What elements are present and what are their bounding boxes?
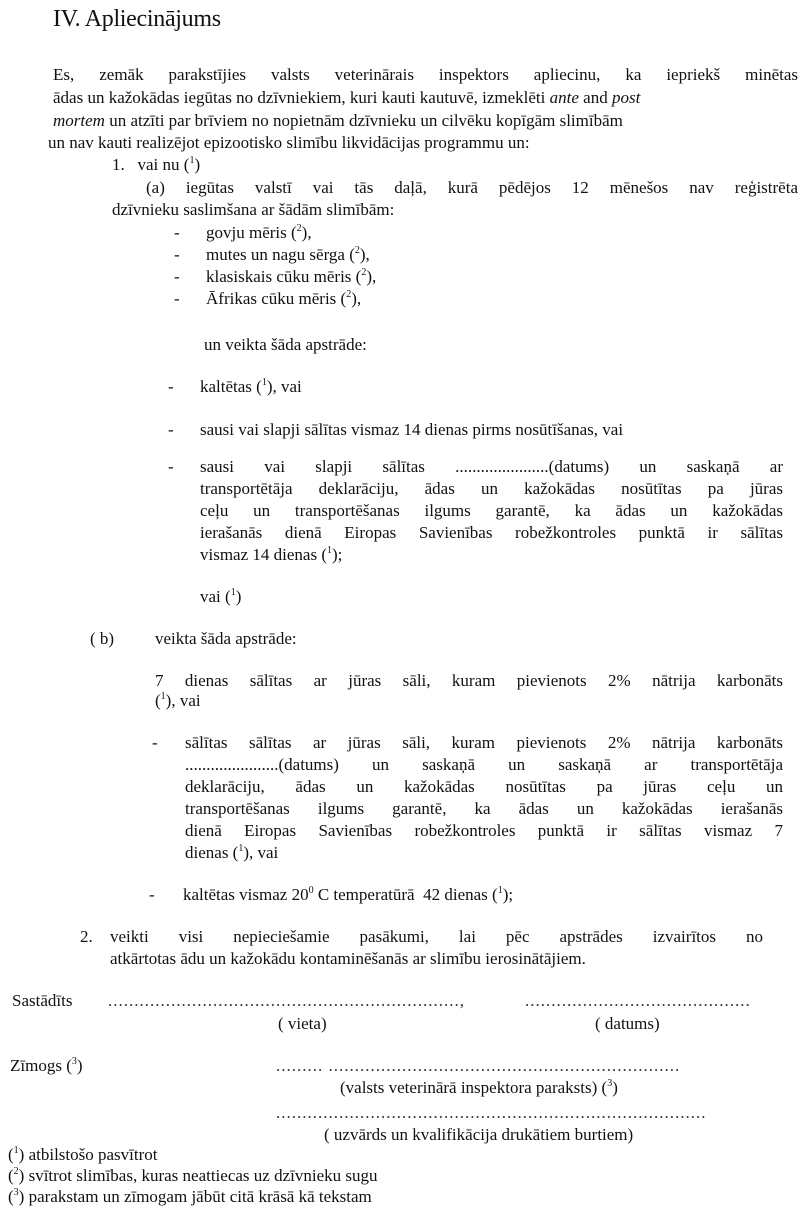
intro-line-1: Es, zemāk parakstījies valsts veterināra… [53, 64, 798, 85]
treatment-line: vismaz 14 dienas (1); [200, 544, 342, 565]
date-caption: ( datums) [595, 1013, 660, 1034]
footnote-text: ) parakstam un zīmogam jābūt citā krāsā … [19, 1187, 372, 1206]
signature-caption: (valsts veterinārā inspektora paraksts) … [340, 1077, 618, 1098]
treatment-line: deklarāciju, ādas un kažokādas nosūtītas… [185, 776, 783, 797]
footnote-text: ) svītrot slimības, kuras neattiecas uz … [19, 1166, 378, 1185]
treatment-line: sausi vai slapji sālītas ...............… [200, 456, 783, 477]
treatment-line: 7 dienas sālītas ar jūras sāli, kuram pi… [155, 670, 783, 691]
disease-tail: ), [360, 245, 370, 264]
intro-text: ādas un kažokādas iegūtas no dzīvniekiem… [53, 88, 550, 107]
signature-field[interactable]: ......... ..............................… [276, 1055, 680, 1076]
treatment-text: dienas ( [185, 843, 238, 862]
or-text: ) [236, 587, 242, 606]
item-1b-text: veikta šāda apstrāde: [155, 628, 297, 649]
item-2-line-2: atkārtotas ādu un kažokādu kontaminēšanā… [110, 948, 586, 969]
treatment-line: transportēšanas ilgums garantē, ka ādas … [185, 798, 783, 819]
list-item: -govju mēris (2), [174, 222, 312, 243]
treatment-a-2: -sausi vai slapji sālītas vismaz 14 dien… [168, 419, 623, 440]
disease-tail: ), [351, 289, 361, 308]
treatment-text: kaltētas vismaz 20 [183, 885, 309, 904]
footnote-3: (3) parakstam un zīmogam jābūt citā krās… [8, 1186, 372, 1207]
disease-name: mutes un nagu sērga ( [206, 245, 355, 264]
treatment-intro: un veikta šāda apstrāde: [204, 334, 367, 355]
treatment-text: kaltētas ( [200, 377, 262, 396]
or-separator: vai (1) [200, 586, 241, 607]
drawn-up-label: Sastādīts [12, 990, 72, 1011]
treatment-a-1: -kaltētas (1), vai [168, 376, 302, 397]
footnote-2: (2) svītrot slimības, kuras neattiecas u… [8, 1165, 377, 1186]
italic-post: post [612, 88, 640, 107]
item-text: ) [194, 155, 200, 174]
treatment-text: ), vai [243, 843, 278, 862]
treatment-line: sālītas sālītas ar jūras sāli, kuram pie… [185, 732, 783, 753]
stamp-text: ) [77, 1056, 83, 1075]
intro-text: un atzīti par brīviem no nopietnām dzīvn… [105, 111, 623, 130]
item-2-line-1: veikti visi nepieciešamie pasākumi, lai … [110, 926, 763, 947]
disease-name: Āfrikas cūku mēris ( [206, 289, 346, 308]
treatment-line: ceļu un transportēšanas ilgums garantē, … [200, 500, 783, 521]
intro-line-3: mortem un atzīti par brīviem no nopietnā… [53, 110, 798, 131]
treatment-text: ); [503, 885, 513, 904]
disease-name: klasiskais cūku mēris ( [206, 267, 361, 286]
item-text: vai nu ( [138, 155, 190, 174]
stamp-text: Zīmogs ( [10, 1056, 72, 1075]
name-field[interactable]: ........................................… [276, 1102, 707, 1123]
place-field[interactable]: ........................................… [108, 990, 465, 1011]
or-text: vai ( [200, 587, 231, 606]
footnote-text: ) atbilstošo pasvītrot [19, 1145, 158, 1164]
treatment-line: (1), vai [155, 690, 201, 711]
date-field[interactable]: ........................................… [525, 990, 751, 1011]
treatment-line: dienas (1), vai [185, 842, 278, 863]
dash: - [152, 732, 158, 753]
disease-tail: ), [302, 223, 312, 242]
caption-text: ) [612, 1078, 618, 1097]
treatment-text: ), vai [166, 691, 201, 710]
footnote-1: (1) atbilstošo pasvītrot [8, 1144, 158, 1165]
disease-tail: ), [366, 267, 376, 286]
item-1-heading: 1. vai nu (1) [112, 154, 200, 175]
intro-and: and [579, 88, 612, 107]
disease-name: govju mēris ( [206, 223, 297, 242]
stamp-label: Zīmogs (3) [10, 1055, 83, 1076]
dash: - [168, 456, 174, 477]
item-1b-label: ( b) [90, 628, 114, 649]
treatment-text: sausi vai slapji sālītas vismaz 14 diena… [200, 420, 623, 439]
section-title: IV. Apliecinājums [53, 6, 221, 33]
treatment-text: ), vai [267, 377, 302, 396]
list-item: -klasiskais cūku mēris (2), [174, 266, 376, 287]
place-caption: ( vieta) [278, 1013, 327, 1034]
intro-line-4: un nav kauti realizējot epizootisko slim… [48, 132, 530, 153]
intro-line-2: ādas un kažokādas iegūtas no dzīvniekiem… [53, 87, 798, 108]
treatment-text: 7 dienas sālītas ar jūras sāli, kuram pi… [155, 671, 783, 690]
name-caption: ( uzvārds un kvalifikācija drukātiem bur… [324, 1124, 633, 1145]
treatment-line: transportētāja deklarāciju, ādas un kažo… [200, 478, 783, 499]
italic-mortem: mortem [53, 111, 105, 130]
italic-ante: ante [550, 88, 579, 107]
treatment-text: ); [332, 545, 342, 564]
list-item: -mutes un nagu sērga (2), [174, 244, 370, 265]
treatment-b-3: -kaltētas vismaz 200 C temperatūrā 42 di… [149, 884, 513, 905]
treatment-text: C temperatūrā 42 dienas ( [314, 885, 498, 904]
item-2-number: 2. [80, 926, 93, 947]
treatment-text: vismaz 14 dienas ( [200, 545, 327, 564]
treatment-line: ......................(datums) un saskaņ… [185, 754, 783, 775]
item-1a-line-1: (a) iegūtas valstī vai tās daļā, kurā pē… [146, 177, 798, 198]
item-1a-line-2: dzīvnieku saslimšana ar šādām slimībām: [112, 199, 394, 220]
caption-text: (valsts veterinārā inspektora paraksts) … [340, 1078, 607, 1097]
treatment-line: ierašanās dienā Eiropas Savienības robež… [200, 522, 783, 543]
list-item: -Āfrikas cūku mēris (2), [174, 288, 361, 309]
item-number: 1. [112, 155, 125, 174]
treatment-line: dienā Eiropas Savienības robežkontroles … [185, 820, 783, 841]
